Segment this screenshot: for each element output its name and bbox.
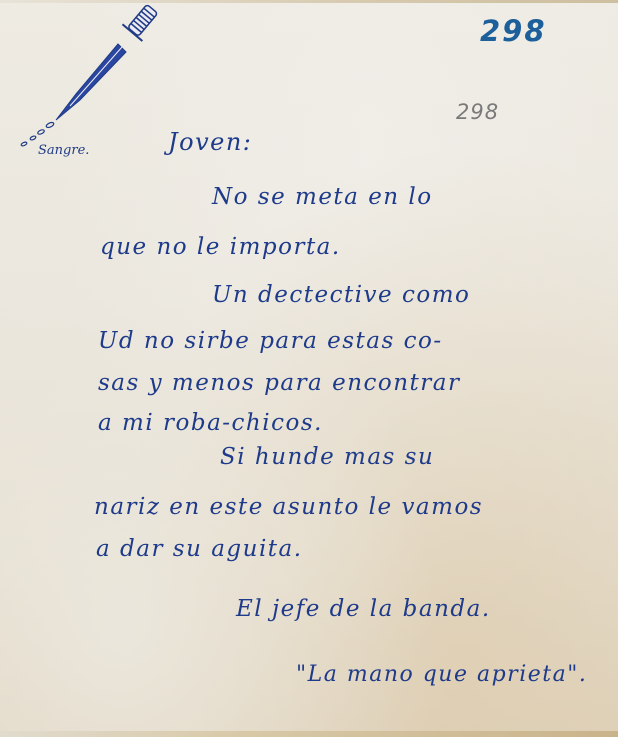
letter-line: a mi roba-chicos.	[98, 410, 323, 436]
letter-line: No se meta en lo	[212, 184, 433, 210]
letter-line: nariz en este asunto le vamos	[94, 494, 483, 520]
paper-bottom-edge	[0, 731, 618, 737]
letter-line: que no le importa.	[100, 234, 341, 260]
salutation: Joven:	[168, 128, 252, 156]
signature-title: El jefe de la banda.	[236, 596, 491, 622]
letter-line: Un dectective como	[212, 282, 470, 308]
letter-line: sas y menos para encontrar	[98, 370, 461, 396]
pencil-number: 298	[456, 100, 499, 124]
letter-line: a dar su aguita.	[96, 536, 303, 562]
stamp-number: 298	[480, 14, 547, 48]
letter-line: Si hunde mas su	[220, 444, 434, 470]
letter-page: Sangre. 298 298 Joven: No se meta en lo …	[0, 0, 618, 737]
signature-name: "La mano que aprieta".	[296, 662, 587, 687]
dagger-caption: Sangre.	[38, 143, 89, 158]
dagger-icon	[10, 2, 170, 152]
letter-line: Ud no sirbe para estas co-	[98, 328, 443, 354]
